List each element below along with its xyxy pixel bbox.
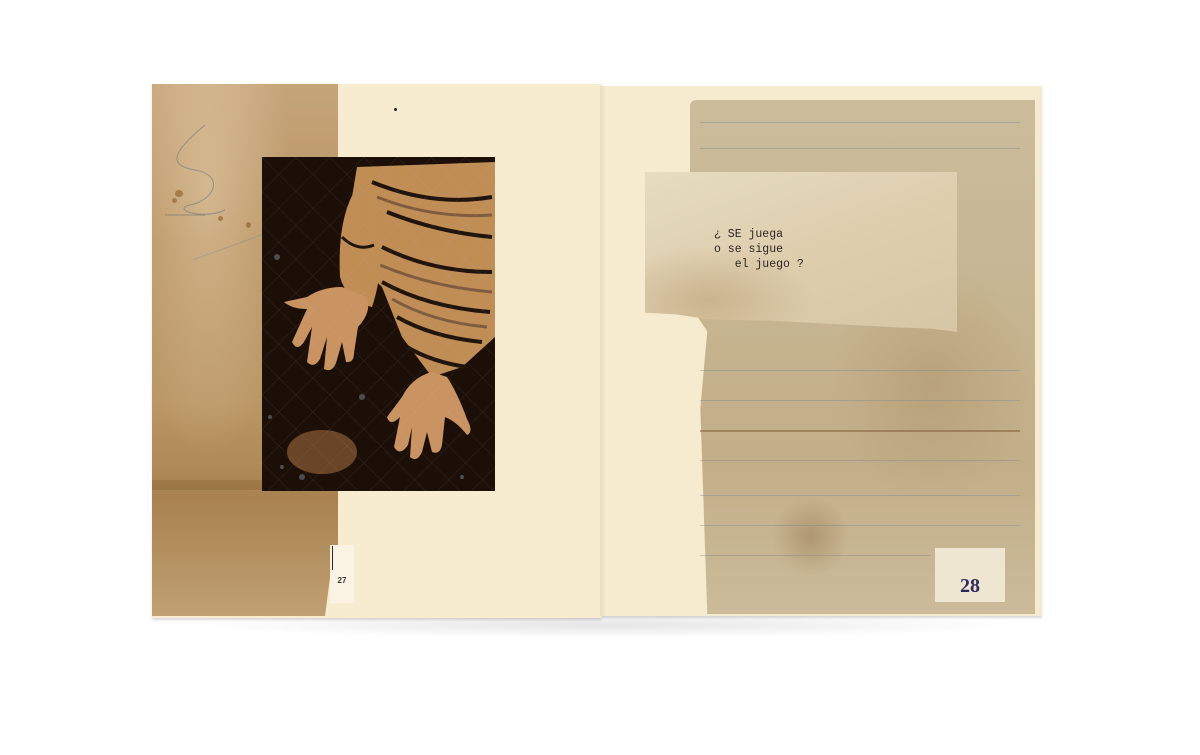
typed-line-3: el juego ? xyxy=(714,257,804,272)
stain-spot xyxy=(246,222,251,228)
handwriting-line xyxy=(700,400,1020,401)
book-gutter xyxy=(600,86,606,616)
vintage-photograph xyxy=(262,157,495,491)
page-number-27: 27 xyxy=(330,576,354,585)
stain-spot xyxy=(172,198,177,203)
ink-dot xyxy=(394,108,397,111)
handwriting-line xyxy=(700,555,930,556)
typewritten-text: ¿ SE juegao se sigue el juego ? xyxy=(714,227,804,272)
handwriting-line xyxy=(700,495,1020,496)
page-number-28: 28 xyxy=(935,575,1005,598)
handwriting-line xyxy=(700,525,1020,526)
handwriting-line xyxy=(700,122,1020,123)
pencil-squiggle-mark xyxy=(165,110,265,260)
handwriting-line xyxy=(700,148,1020,149)
typed-line-2: o se sigue xyxy=(714,242,804,257)
stain-spot xyxy=(218,216,223,221)
typed-line-1: ¿ SE juega xyxy=(714,227,804,242)
pencil-tick-mark xyxy=(332,546,333,570)
handwriting-line xyxy=(700,370,1020,371)
handwriting-line xyxy=(700,460,1020,461)
fold-crease xyxy=(700,430,1020,432)
stain-spot xyxy=(175,190,183,197)
page-number-label xyxy=(330,545,354,603)
